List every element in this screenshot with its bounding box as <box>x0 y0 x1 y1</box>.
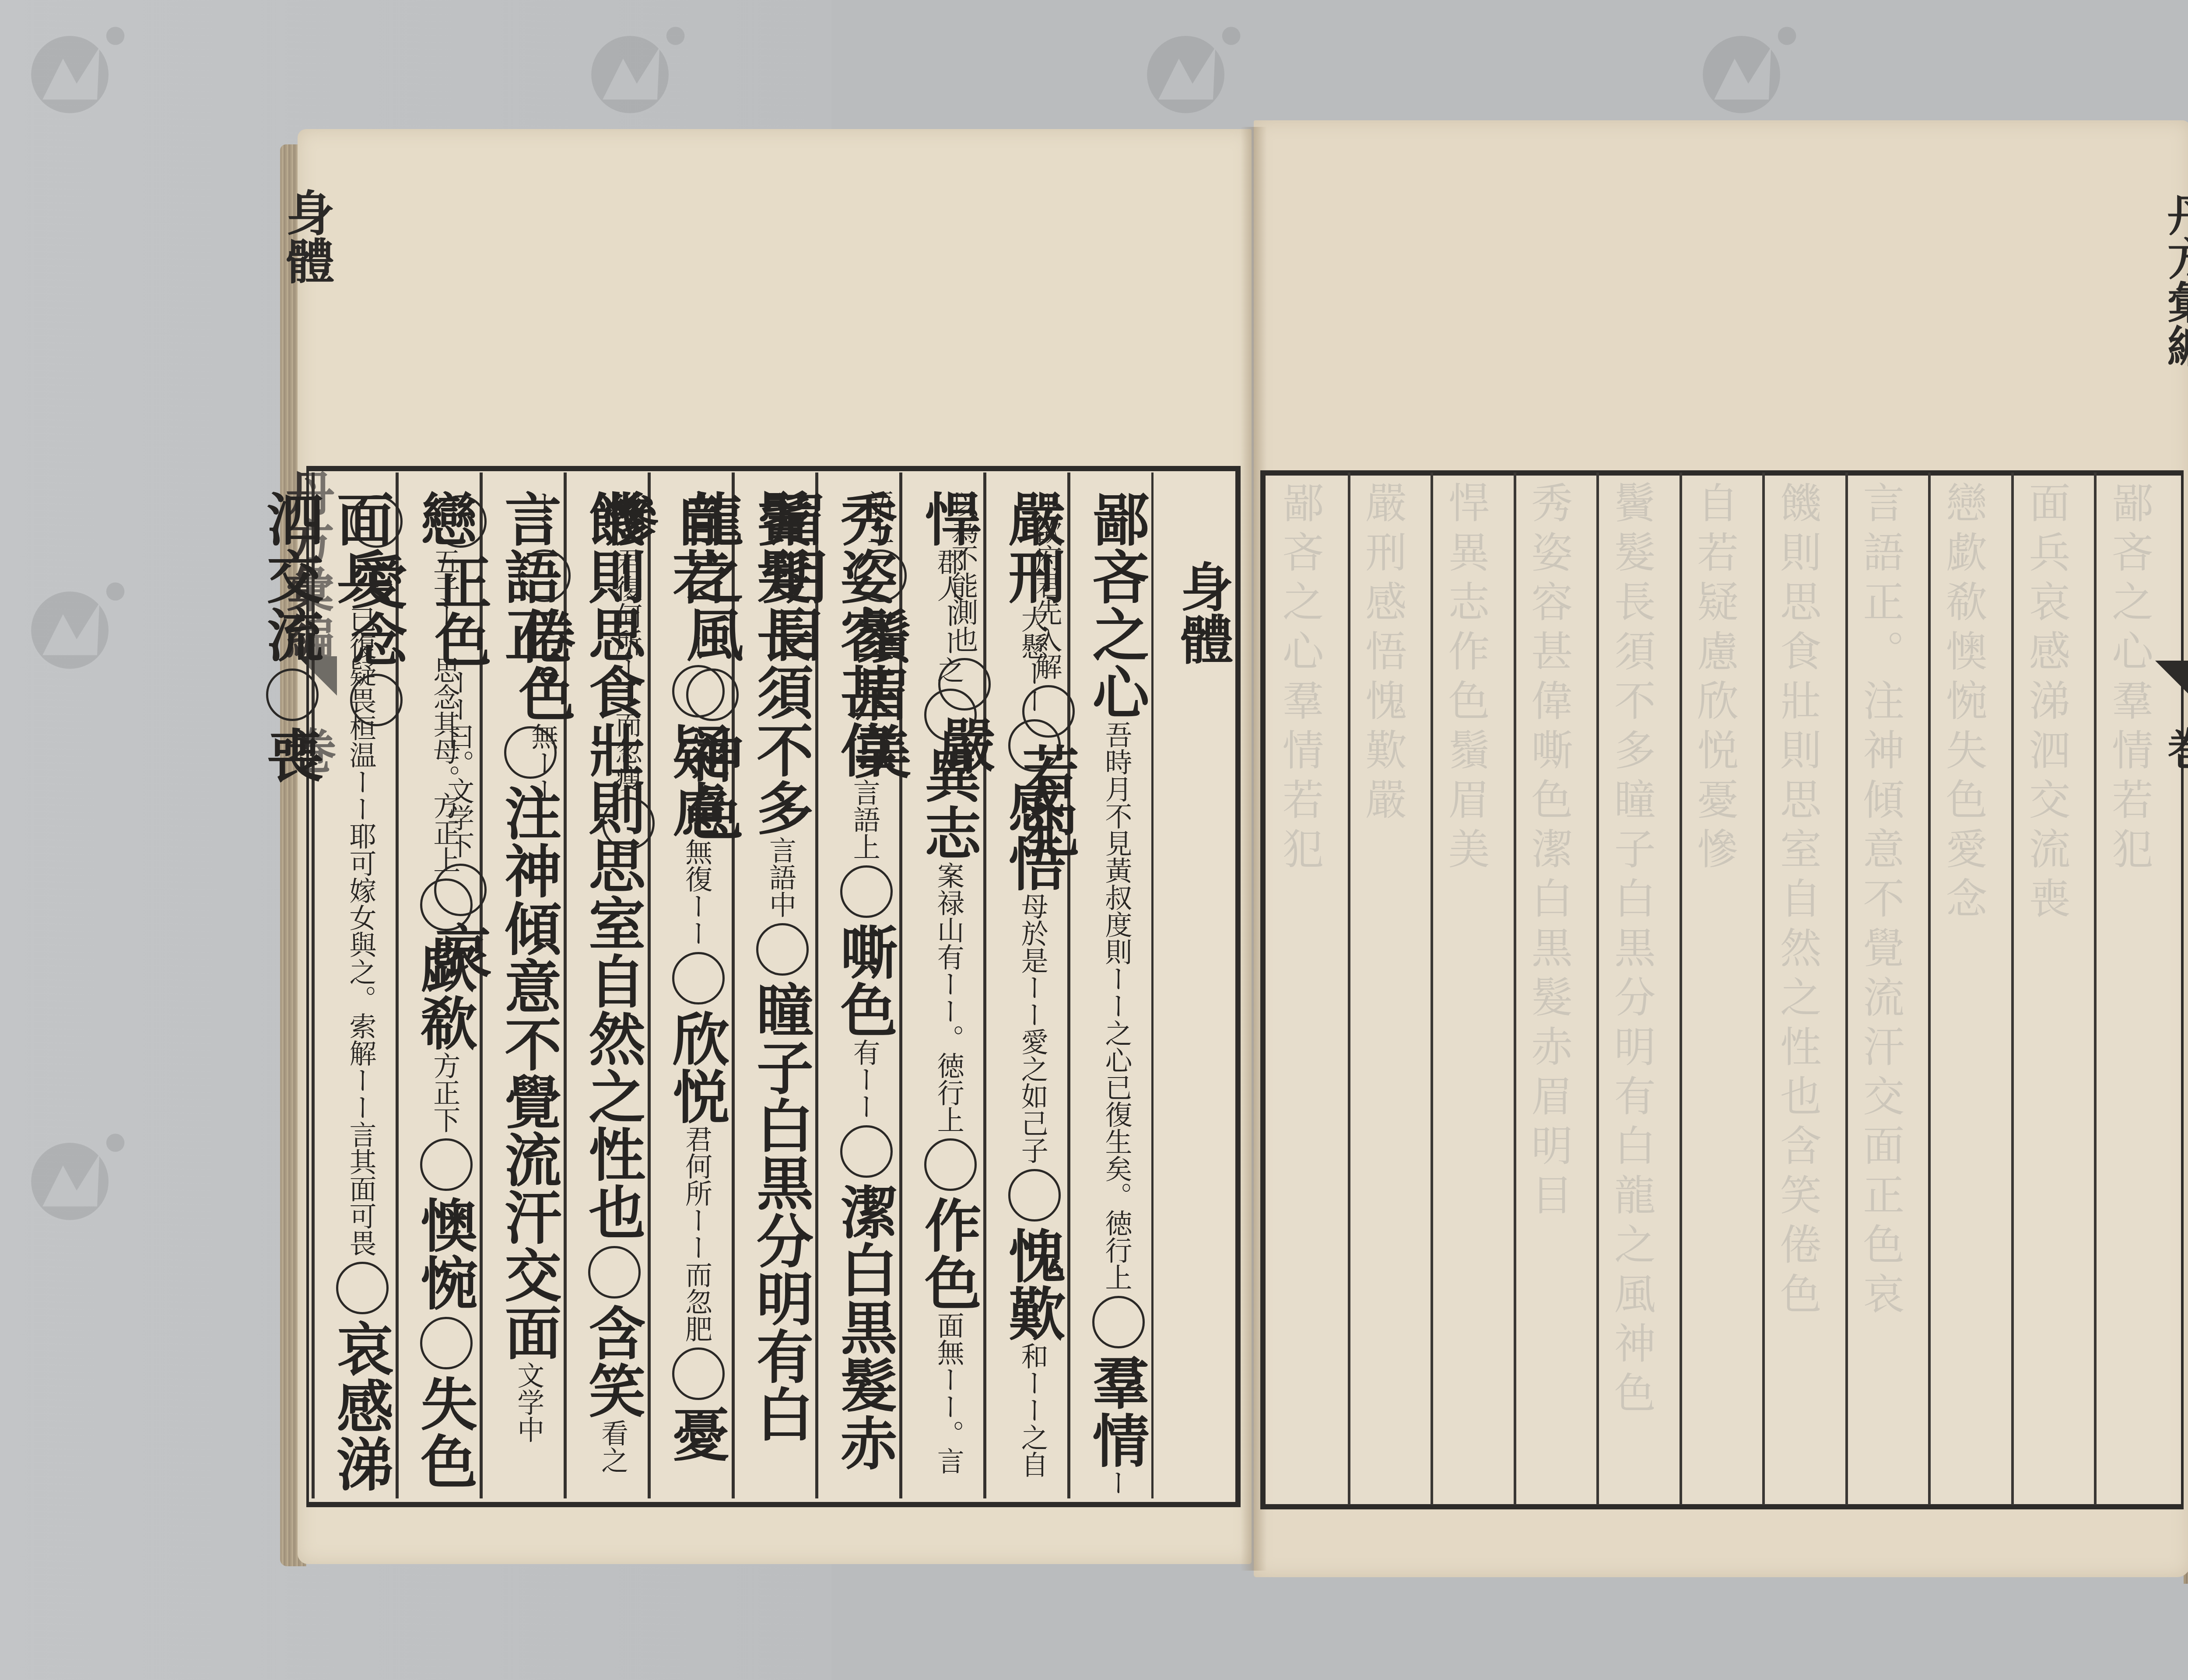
entry-headword: 注神傾意不覺流汗交面 <box>495 784 562 1361</box>
watermark-logo-icon <box>18 569 131 682</box>
entry-headword: 欣悦 <box>663 1010 730 1125</box>
entry-separator-circle-icon <box>588 1246 641 1298</box>
entry-headword: 戀 <box>411 490 478 548</box>
column-rule <box>1596 472 1599 1505</box>
entry-annotation: ーー <box>681 605 713 660</box>
entry-headword: 懊惋 <box>411 1196 478 1312</box>
entry-separator-circle-icon <box>672 952 725 1004</box>
text-column: 面兵已復疑畏桓温ーー耶可嫁女與之。索解ーー言其面可畏哀感涕泗交流喪 <box>312 472 396 1498</box>
entry-annotation: 君何所ーー而忽肥 <box>681 1125 713 1342</box>
text-column: 自若ーー疑慮無復ーー欣悦君何所ーー而忽肥憂慘君復何所ーー而忽瘦 <box>648 472 732 1498</box>
entry-annotation: 方正下 <box>429 1052 461 1133</box>
entry-headword: 歔欷 <box>411 936 478 1052</box>
entry-separator-circle-icon <box>420 1138 473 1191</box>
entry-headword: 喪 <box>257 726 324 784</box>
entry-headword: 作色 <box>915 1196 982 1312</box>
entry-separator-circle-icon <box>672 665 725 717</box>
text-column: 秀姿容甚偉言語上嘶色有ーー潔白黒髮赤眉明目 <box>815 472 899 1498</box>
entry-separator-circle-icon <box>420 1317 473 1369</box>
entry-annotation: 五子ーー思念其母。方正上 <box>429 548 461 873</box>
section-heading-column: 身體 <box>1151 472 1235 1498</box>
entry-headword: 失色 <box>411 1375 478 1490</box>
text-column: 悍郡人ーー之異志案禄山有ーー。徳行上作色面無ーー。言語上鬚眉美 <box>899 472 983 1498</box>
text-column: 鬢髮長須不多言語中瞳子白黒分明有白龍之風神色 <box>732 472 816 1498</box>
column-rule <box>1762 472 1765 1505</box>
entry-headword: 嘶色 <box>831 923 898 1039</box>
text-column: 言語正。注神傾意不覺流汗交面文学中正色ーー曰。文学下哀 <box>480 472 564 1498</box>
entry-annotation: 有ーー <box>849 1039 880 1120</box>
bleed-through-text: 鬢髮長須不多瞳子白黒分明有白龍之風神色 <box>1607 481 1655 1421</box>
entry-annotation: 吾時月不見黃叔度則ーー之心已復生矣。徳行上 <box>1101 721 1133 1291</box>
entry-separator-circle-icon <box>840 1125 893 1178</box>
watermark-logo-icon <box>18 1120 131 1234</box>
bleed-through-text: 悍異志作色鬚眉美 <box>1441 481 1490 877</box>
entry-separator-circle-icon <box>1092 1296 1145 1348</box>
entry-separator-circle-icon <box>504 726 557 779</box>
entry-annotation: 大懸ーー <box>1017 605 1048 714</box>
column-rule <box>1680 472 1682 1505</box>
entry-separator-circle-icon <box>924 689 977 741</box>
entry-separator-circle-icon <box>1008 1169 1061 1221</box>
entry-separator-circle-icon <box>336 1262 389 1314</box>
entry-annotation: 已復疑畏桓温ーー耶可嫁女與之。索解ーー言其面可畏 <box>345 605 377 1256</box>
entry-separator-circle-icon <box>266 668 319 721</box>
bleed-through-text: 面兵哀感涕泗交流喪 <box>2022 481 2070 926</box>
entry-annotation: 言語上 <box>849 779 880 860</box>
left-margin-title-top: 身體 <box>280 188 333 284</box>
fishtail-mark-right <box>2155 661 2188 700</box>
entry-headword: 秀姿容甚偉 <box>831 490 898 779</box>
watermark-logo-icon <box>1689 13 1803 127</box>
entry-headword: 羣情 <box>1083 1354 1150 1469</box>
entry-separator-circle-icon <box>924 1138 977 1191</box>
section-heading: 身體 <box>1172 490 1234 665</box>
entry-separator-circle-icon <box>756 923 809 976</box>
watermark-logo-icon <box>18 13 131 127</box>
entry-headword: 面兵 <box>327 490 394 605</box>
bleed-through-text: 秀姿容甚偉嘶色潔白黒髮赤眉明目 <box>1525 481 1573 1223</box>
entry-headword: 自若 <box>663 490 730 605</box>
entry-headword: 愧歎 <box>999 1227 1066 1342</box>
right-margin-book-title: 丹方彙編 <box>2160 192 2188 367</box>
entry-headword: 言語正。 <box>495 490 562 721</box>
entry-annotation: 郡人ーー之 <box>933 548 964 683</box>
entry-headword: 感悟 <box>999 777 1066 892</box>
column-rule <box>1845 472 1848 1505</box>
entry-annotation: 案禄山有ーー。徳行上 <box>933 862 964 1133</box>
column-rule <box>1514 472 1516 1505</box>
column-rule <box>2094 472 2097 1505</box>
column-rule <box>1431 472 1433 1505</box>
entry-annotation: 言語中 <box>764 836 796 918</box>
entry-annotation: 無復ーー <box>681 838 713 947</box>
entry-annotation: 文学中 <box>513 1361 545 1443</box>
column-rule <box>2011 472 2014 1505</box>
text-column: 饑則思食壯則思室自然之性也含笑看之ーー倦色無ーー <box>564 472 648 1498</box>
bleed-through-text: 饑則思食壯則思室自然之性也含笑倦色 <box>1773 481 1821 1322</box>
entry-headword: 鄙吝之心 <box>1083 490 1150 721</box>
bleed-through-text: 鄙吝之心羣情若犯 <box>1276 481 1324 877</box>
text-column: 戀五子ーー思念其母。方正上歔欷方正下懊惋失色愛念 <box>396 472 480 1498</box>
watermark-logo-icon <box>1133 13 1247 127</box>
entry-headword: 鬢髮長須不多 <box>747 490 814 836</box>
entry-headword: 含笑 <box>579 1304 646 1419</box>
right-margin-volume-label: 巻 <box>2160 726 2188 770</box>
text-column: 嚴刑大懸ーー感悟母於是ーー愛之如己子愧歎和ーー之自以為不能測也嚴 <box>983 472 1067 1498</box>
bleed-through-text: 戀歔欷懊惋失色愛念 <box>1939 481 1987 926</box>
entry-separator-circle-icon <box>1008 719 1061 772</box>
column-rule <box>1348 472 1350 1505</box>
entry-separator-circle-icon <box>840 865 893 918</box>
entry-headword: 悍 <box>915 490 982 548</box>
bleed-through-text: 鄙吝之心羣情若犯 <box>2105 481 2153 877</box>
entry-annotation: 母於是ーー愛之如己子 <box>1017 892 1048 1164</box>
entry-headword: 饑則思食壯則思室自然之性也 <box>579 490 646 1241</box>
entry-headword: 異志 <box>915 746 982 862</box>
entry-separator-circle-icon <box>420 878 473 931</box>
bleed-through-text: 嚴刑感悟愧歎嚴 <box>1359 481 1407 827</box>
bleed-through-text: 自若疑慮欣悦憂慘 <box>1690 481 1739 877</box>
bleed-through-text: 言語正。注神傾意不覺流汗交面正色哀 <box>1856 481 1904 1322</box>
watermark-logo-icon <box>578 13 691 127</box>
entry-separator-circle-icon <box>672 1347 725 1400</box>
text-column: 鄙吝之心吾時月不見黃叔度則ーー之心已復生矣。徳行上羣情ーー欲府君先入解若犯 <box>1067 472 1151 1498</box>
column-rule <box>1928 472 1931 1505</box>
entry-headword: 疑慮 <box>663 723 730 838</box>
entry-headword: 嚴刑 <box>999 490 1066 605</box>
